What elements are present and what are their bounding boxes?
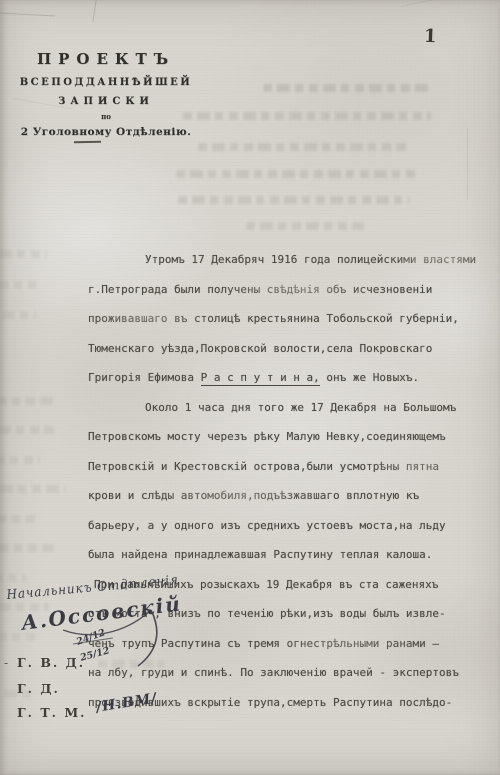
header-department: 2 Уголовному Отдѣленію. — [16, 126, 196, 138]
page-number: 1 — [424, 26, 438, 47]
bleedthrough-line — [183, 112, 431, 120]
document-scan-page: 1 ПРОЕКТЪ ВСЕПОДДАННѢЙШЕЙ ЗАПИСКИ по 2 У… — [0, 0, 500, 775]
paper-crease — [400, 0, 439, 7]
paper-crease — [92, 0, 96, 22]
footer-abbreviation-gd: Г. Д. — [17, 681, 60, 696]
underlined-name: Р а с п у т и н а, — [201, 371, 320, 386]
typed-line: Петровскій и Крестовскій острова,были ус… — [88, 452, 476, 482]
signature-flourish-stroke — [55, 598, 165, 678]
typed-line: Григорія Ефимова Р а с п у т и н а, онъ … — [88, 363, 476, 393]
bleedthrough-line — [0, 426, 54, 434]
margin-dash: - — [4, 656, 8, 670]
bleedthrough-line — [0, 456, 40, 464]
typed-text-segment: Григорія Ефимова — [88, 371, 201, 384]
header-subtitle-2: ЗАПИСКИ — [16, 96, 196, 107]
typed-text-segment: онъ же Новыхъ. — [320, 371, 419, 384]
bleedthrough-line — [0, 544, 54, 552]
typed-line: Утромъ 17 Декабряч 1916 года полицейским… — [88, 245, 476, 275]
bleedthrough-line — [178, 196, 410, 204]
header-title: ПРОЕКТЪ — [16, 50, 196, 68]
header-subtitle-1: ВСЕПОДДАННѢЙШЕЙ — [16, 77, 196, 88]
bleedthrough-line — [263, 84, 431, 92]
typed-line: проживавшаго въ столицѣ крестьянина Тобо… — [88, 304, 476, 334]
typed-line: Около 1 часа дня того же 17 Декабря на Б… — [88, 393, 476, 423]
bleedthrough-line — [0, 311, 36, 319]
header-rule — [74, 141, 101, 143]
header-preposition: по — [16, 112, 196, 121]
typed-line: г.Петрограда были получены свѣдѣнія объ … — [88, 275, 476, 305]
document-header: ПРОЕКТЪ ВСЕПОДДАННѢЙШЕЙ ЗАПИСКИ по 2 Уго… — [16, 50, 196, 138]
bleedthrough-line — [0, 250, 47, 258]
typed-line: была найдена принадлежавшая Распутину те… — [88, 540, 476, 570]
bleedthrough-line — [176, 170, 418, 178]
bleedthrough-line — [0, 397, 58, 405]
typed-line: барьеру, а у одного изъ среднихъ устоевъ… — [88, 511, 476, 541]
paper-crease — [467, 128, 468, 200]
footer-abbreviation-gtm: Г. Т. М. — [17, 705, 87, 720]
bleedthrough-line — [0, 574, 26, 582]
bleedthrough-line — [0, 515, 38, 523]
bleedthrough-line — [0, 633, 35, 641]
typed-line: крови и слѣды автомобиля,подъѣзжавшаго в… — [88, 481, 476, 511]
typed-line: Тюменскаго уѣзда,Покровской волости,села… — [88, 334, 476, 364]
bleedthrough-line — [0, 281, 37, 289]
typed-line: Петровскомъ мосту черезъ рѣку Малую Невк… — [88, 422, 476, 452]
bleedthrough-line — [0, 485, 66, 493]
bleedthrough-line — [198, 143, 406, 151]
paper-crease — [0, 13, 55, 17]
bleedthrough-line — [246, 222, 364, 230]
